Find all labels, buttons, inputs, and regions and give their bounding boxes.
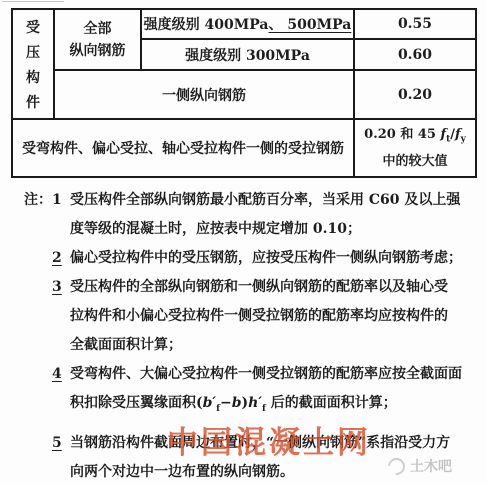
note-line: 受弯构件、大偏心受拉构件一侧受拉钢筋的配筋率应按全截面面: [70, 360, 462, 389]
notes-label: 注：: [24, 186, 52, 215]
note-line: 全截面面积计算；: [70, 331, 448, 360]
note-number: 2: [52, 244, 70, 273]
cell-line: 中的较大值: [382, 154, 447, 169]
tumuba-logo-icon: [385, 454, 409, 478]
cell-line: 全部: [84, 18, 112, 40]
note-item-4: 4 受弯构件、大偏心受拉构件一侧受拉钢筋的配筋率应按全截面面 积扣除受压翼缘面积…: [24, 360, 462, 424]
note-text: 受压构件的全部纵向钢筋和一侧纵向钢筋的配筋率以及轴心受 拉构件和小偏心受拉构件一…: [70, 273, 448, 360]
note-line: 受压构件全部纵向钢筋最小配筋百分率，当采用 C60 及以上强: [70, 186, 460, 215]
table-cell-flexural-tension-members: 受弯构件、偏心受拉、轴心受拉构件一侧的受拉钢筋: [13, 120, 353, 176]
cell-text-underlined: 、 500MPa: [269, 14, 352, 34]
cell-text: 一侧纵向钢筋: [162, 85, 246, 105]
note-item-3: 3 受压构件的全部纵向钢筋和一侧纵向钢筋的配筋率以及轴心受 拉构件和小偏心受拉构…: [24, 273, 462, 360]
vertical-char: 压: [26, 42, 40, 62]
table-value-060: 0.60: [355, 40, 475, 69]
cell-value: 0.60: [398, 47, 432, 63]
top-edge-line: [2, 1, 64, 2]
table-cell-strength-300: 强度级别 300MPa: [142, 40, 353, 69]
h-prime-variable: h′: [248, 395, 262, 411]
b-variable: b: [232, 395, 242, 411]
tumuba-brand: 土木吧: [388, 456, 452, 476]
fy-subscript: y: [461, 134, 466, 144]
note-line: 受压构件的全部纵向钢筋和一侧纵向钢筋的配筋率以及轴心受: [70, 273, 448, 302]
cell-line: 纵向钢筋: [70, 40, 126, 62]
vertical-char: 受: [26, 17, 40, 37]
note-number: 3: [52, 273, 70, 302]
note-line-formula: 积扣除受压翼缘面积(b′f−b)h′f 后的截面面积计算；: [70, 389, 462, 424]
table-cell-member-type-vertical: 受 压 构 件: [13, 10, 53, 118]
cell-text: 受弯构件、偏心受拉、轴心受拉构件一侧的受拉钢筋: [22, 138, 344, 158]
b-prime-variable: b′: [203, 395, 216, 411]
tumuba-brand-text: 土木吧: [410, 456, 452, 476]
note-number: 1: [52, 186, 70, 215]
note-line: 当钢筋沿构件截面周边布置时，“一侧纵向钢筋”系指沿受力方: [70, 429, 450, 458]
note-line: 拉构件和小偏心受拉构件一侧受拉钢筋的配筋率均应按构件的: [70, 302, 448, 331]
note-number: 4: [52, 360, 70, 389]
note-number: 5: [52, 429, 70, 458]
minus-sign: −: [220, 395, 232, 411]
table-value-055: 0.55: [355, 10, 475, 38]
table-value-020: 0.20: [355, 71, 475, 118]
table-value-max-formula: 0.20 和 45 ft/fy 中的较大值: [355, 120, 475, 176]
note-item-2: 2 偏心受拉构件中的受压钢筋，应按受压构件一侧纵向钢筋考虑；: [24, 244, 462, 273]
cell-text: 强度级别 300MPa: [185, 45, 310, 65]
min-reinforcement-table: 受 压 构 件 全部 纵向钢筋 强度级别 400MPa、 500MPa 强度级别…: [11, 8, 477, 178]
lparen: (: [196, 395, 203, 411]
note-text: 受弯构件、大偏心受拉构件一侧受拉钢筋的配筋率应按全截面面 积扣除受压翼缘面积(b…: [70, 360, 462, 424]
cell-value: 0.55: [398, 16, 432, 32]
note-item-1: 注： 1 受压构件全部纵向钢筋最小配筋百分率，当采用 C60 及以上强 度等级的…: [24, 186, 462, 244]
formula-line: 0.20 和 45 ft/fy: [364, 127, 466, 148]
document-page: 受 压 构 件 全部 纵向钢筋 强度级别 400MPa、 500MPa 强度级别…: [0, 0, 486, 483]
note-text: 偏心受拉构件中的受压钢筋，应按受压构件一侧纵向钢筋考虑；: [70, 244, 462, 273]
cell-value: 0.20: [398, 87, 432, 103]
note-line: 偏心受拉构件中的受压钢筋，应按受压构件一侧纵向钢筋考虑；: [70, 244, 462, 273]
notes-section: 注： 1 受压构件全部纵向钢筋最小配筋百分率，当采用 C60 及以上强 度等级的…: [24, 186, 462, 483]
table-cell-one-side-bars: 一侧纵向钢筋: [55, 71, 353, 118]
note-text: 受压构件全部纵向钢筋最小配筋百分率，当采用 C60 及以上强 度等级的混凝土时，…: [70, 186, 460, 244]
note-line: 度等级的混凝土时，应按表中规定增加 0.10；: [70, 215, 460, 244]
table-cell-all-longitudinal-bars: 全部 纵向钢筋: [55, 10, 140, 69]
vertical-char: 构: [26, 67, 40, 87]
cell-text: 强度级别 400MPa: [144, 14, 269, 34]
table-cell-strength-400-500: 强度级别 400MPa、 500MPa: [142, 10, 353, 38]
vertical-char: 件: [26, 92, 40, 112]
